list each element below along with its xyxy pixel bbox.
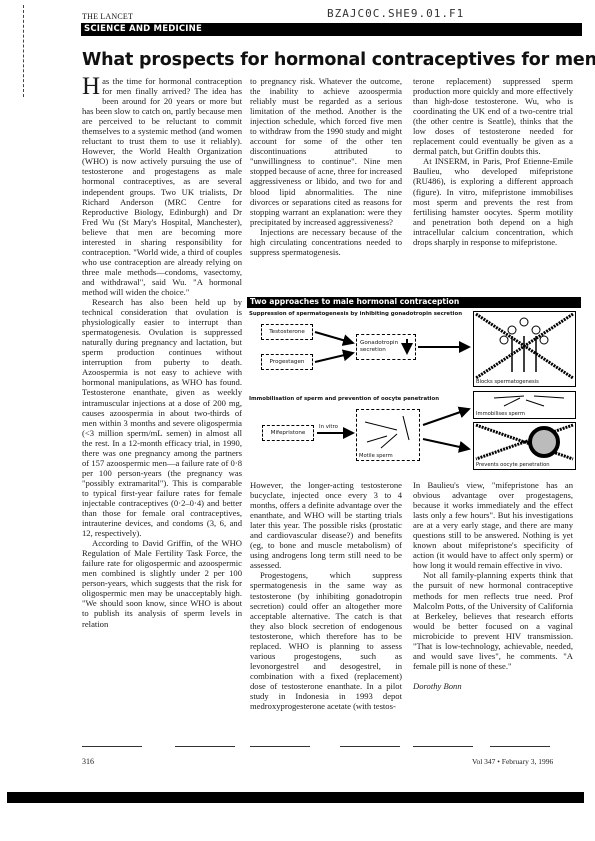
footer-rule	[250, 746, 310, 747]
paragraph: According to David Griffin, of the WHO R…	[82, 538, 242, 628]
paragraph: At INSERM, in Paris, Prof Etienne-Emile …	[413, 156, 573, 246]
issue-info: Vol 347 • February 3, 1996	[472, 757, 553, 766]
footer-rule	[340, 746, 400, 747]
section-label: SCIENCE AND MEDICINE	[84, 24, 202, 34]
column-3-bottom: In Baulieu's view, "mifepristone has an …	[413, 480, 573, 691]
page-number: 316	[82, 757, 94, 766]
footer-rule	[175, 746, 235, 747]
paragraph: Injections are necessary because of the …	[250, 227, 402, 257]
column-2-top: to pregnancy risk. Whatever the outcome,…	[250, 76, 402, 257]
footer-rule	[413, 746, 473, 747]
footer-rule	[490, 746, 550, 747]
figure-arrows	[247, 297, 581, 471]
figure-two-approaches: Two approaches to male hormonal contrace…	[247, 297, 581, 471]
footer-rule	[82, 746, 142, 747]
column-3-top: terone replacement) suppressed sperm pro…	[413, 76, 573, 247]
paragraph: to pregnancy risk. Whatever the outcome,…	[250, 76, 402, 227]
bottom-black-bar	[7, 792, 584, 803]
article-title: What prospects for hormonal contraceptiv…	[82, 50, 595, 70]
author-signature: Dorothy Bonn	[413, 681, 573, 691]
paragraph: However, the longer-acting testosterone …	[250, 480, 402, 570]
paragraph: Progestogens, which suppress spermatogen…	[250, 570, 402, 711]
journal-name: THE LANCET	[82, 12, 133, 21]
paragraph: In Baulieu's view, "mifepristone has an …	[413, 480, 573, 570]
paragraph: Not all family-planning experts think th…	[413, 570, 573, 670]
column-1: Has the time for hormonal contraception …	[82, 76, 242, 629]
column-2-bottom: However, the longer-acting testosterone …	[250, 480, 402, 711]
drop-cap: H	[82, 77, 100, 97]
section-banner: SCIENCE AND MEDICINE	[81, 23, 582, 36]
handwritten-stamp: BZAJC0C.SHE9.01.F1	[327, 7, 464, 20]
paragraph: Research has also been held up by techni…	[82, 297, 242, 538]
paragraph: terone replacement) suppressed sperm pro…	[413, 76, 573, 156]
paragraph: Has the time for hormonal contraception …	[82, 76, 242, 297]
scan-edge-mark	[23, 5, 25, 97]
paragraph-text: as the time for hormonal contraception f…	[82, 76, 242, 297]
